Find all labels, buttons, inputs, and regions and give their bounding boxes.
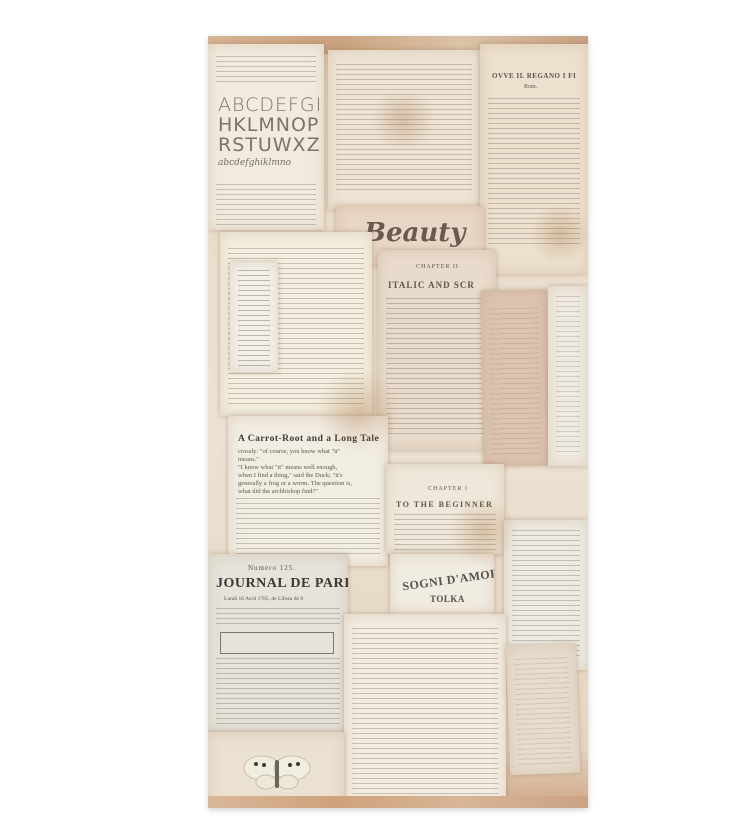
carrot-line: crossly: "of course, you know what "it" bbox=[238, 448, 340, 455]
carrot-line: means." bbox=[238, 456, 259, 463]
journal-date: Lundi 18 Avril 1785, de Lifeau de 8 bbox=[224, 596, 303, 602]
ovve-sub: Rom. bbox=[524, 84, 537, 90]
beginner-chapter: CHAPTER I bbox=[428, 486, 468, 492]
inset-advertisement bbox=[230, 262, 278, 372]
handwritten-letter bbox=[506, 643, 580, 775]
carrot-line: "I know what "it" means well enough, bbox=[238, 464, 337, 471]
alphabet-upper-3: RSTUWXZ bbox=[218, 134, 321, 156]
torn-bottom-band bbox=[208, 796, 588, 808]
carrot-line: when I find a thing," said the Duck; "it… bbox=[238, 472, 343, 479]
journal-table bbox=[220, 632, 334, 654]
story-text-page bbox=[344, 614, 506, 808]
calligraphy-page bbox=[548, 286, 588, 466]
journal-de-paris-page: Numero 125. JOURNAL DE PARIS. Lundi 18 A… bbox=[208, 554, 348, 732]
ovve-page: OVVE IL REGANO I FI Rom. bbox=[480, 44, 588, 274]
journal-number: Numero 125. bbox=[248, 564, 296, 572]
sogni-sub: TOLKA bbox=[430, 594, 465, 604]
italian-text-page bbox=[328, 50, 480, 210]
collage-artwork: ABCDEFGI HKLMNOP RSTUWXZ abcdefghiklmno … bbox=[208, 36, 588, 808]
butterfly-icon bbox=[242, 752, 312, 792]
alphabet-upper-2: HKLMNOP bbox=[218, 114, 319, 136]
carrot-line: generally a frog or a worm. The question… bbox=[238, 480, 352, 487]
alphabet-lower: abcdefghiklmno bbox=[218, 158, 291, 168]
journal-title: JOURNAL DE PARIS. bbox=[216, 576, 348, 592]
italic-title: ITALIC AND SCR bbox=[388, 280, 475, 290]
beauty-title: Beauty bbox=[364, 218, 465, 248]
ovve-title: OVVE IL REGANO I FI bbox=[492, 72, 576, 80]
carrot-line: what did the archbishop find?" bbox=[238, 488, 318, 495]
handwritten-note bbox=[480, 289, 549, 466]
italic-chapter: CHAPTER II bbox=[416, 264, 459, 270]
alphabet-upper-1: ABCDEFGI bbox=[218, 94, 322, 116]
alphabet-page: ABCDEFGI HKLMNOP RSTUWXZ abcdefghiklmno bbox=[208, 44, 324, 230]
sogni-title: SOGNI D'AMORE bbox=[401, 565, 494, 595]
